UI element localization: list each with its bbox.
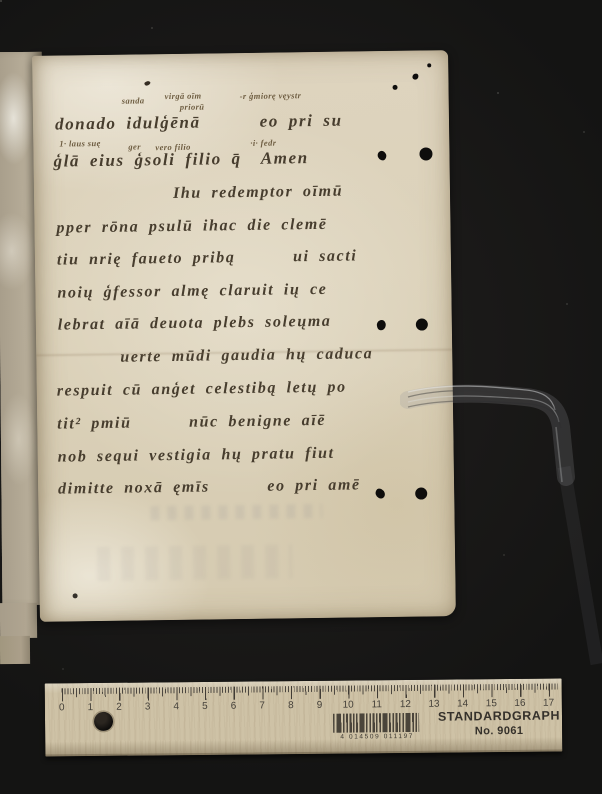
ruler-number: 3 [133,701,162,712]
ruler-number: 16 [506,698,535,709]
worm-hole [427,63,431,67]
ruler-number: 8 [276,700,305,711]
manuscript-line: tit² pmiū nūc benigne aīē [57,412,326,434]
manuscript-line: donado idulģēnā eo pri su [55,111,343,135]
manuscript-line: tiu nrię faueto pribą ui sacti [57,247,358,270]
model-label: No. 9061 [428,724,570,737]
interlinear-gloss: sanda [122,96,145,105]
worm-hole [376,150,388,162]
ruler-number: 6 [219,701,248,712]
ruler-number: 0 [47,702,76,713]
manuscript-line: uerte mūdi gaudia hų caduca [120,345,373,367]
ruler-number: 17 [534,698,563,709]
worm-hole [393,85,398,90]
ruler-number: 13 [420,699,449,710]
ruler-number: 12 [391,699,420,710]
interlinear-gloss: priorū [180,103,205,112]
worm-hole [374,487,387,500]
ruler-hanging-hole [94,712,113,731]
interlinear-gloss: -r ģmiorę vęystr [240,91,302,100]
dust-specks [0,0,2,2]
interlinear-gloss: ·i· fedr [250,139,276,148]
manuscript-line: respuit cū anģet celestibą letų po [57,379,347,401]
barcode-digits: 4 014509 011197 [328,733,426,741]
bleedthrough-marks [97,544,292,581]
worm-hole [73,593,78,598]
ruler-number: 11 [362,699,391,710]
ink-speck [144,80,151,86]
manuscript-line: ģlā eius ģsoli filio q̄ Amen [53,148,308,171]
leaf-fore-edge-lower [0,603,37,638]
ruler-scale-ticks [61,684,558,689]
worm-hole [419,147,432,160]
barcode [333,713,419,733]
manuscript-line: nob sequi vestigia hų pratu fiut [58,445,335,467]
bleedthrough-marks [150,504,322,520]
worm-hole [415,487,427,499]
ruler-brand-block: STANDARDGRAPH No. 9061 [428,708,570,737]
ruler-number: 10 [334,699,363,710]
manuscript-line: noių ģfessor almę claruit ių ce [57,281,327,303]
ruler-number: 9 [305,700,334,711]
manuscript-line: lebrat aīā deuota plebs soleųma [58,313,332,335]
ruler-number: 15 [477,698,506,709]
manuscript-line: Ihu redemptor oīmū [173,183,343,204]
manuscript-line: dimitte noxā ęmīs eo pri amē [58,476,361,499]
ruler-number: 14 [448,698,477,709]
ruler-number: 7 [248,700,277,711]
ruler: 0 1 2 3 4 5 6 7 8 9 10 11 12 13 14 15 16… [45,679,563,757]
leaf-fore-edge-lowest [0,636,30,664]
manuscript-page: sanda virgā oīm priorū -r ģmiorę vęystr … [32,50,456,622]
brand-label: STANDARDGRAPH [428,708,570,723]
ruler-number: 2 [105,702,134,713]
photo-canvas: sanda virgā oīm priorū -r ģmiorę vęystr … [0,0,602,794]
interlinear-gloss: virgā oīm [165,92,202,101]
ruler-number: 5 [191,701,220,712]
manuscript-line: pper rōna psulū ihac die clemē [56,216,327,238]
worm-hole [412,74,418,80]
interlinear-gloss: 1· laus suę [59,139,101,148]
worm-hole [376,319,387,331]
ruler-number: 4 [162,701,191,712]
worm-hole [416,318,428,330]
